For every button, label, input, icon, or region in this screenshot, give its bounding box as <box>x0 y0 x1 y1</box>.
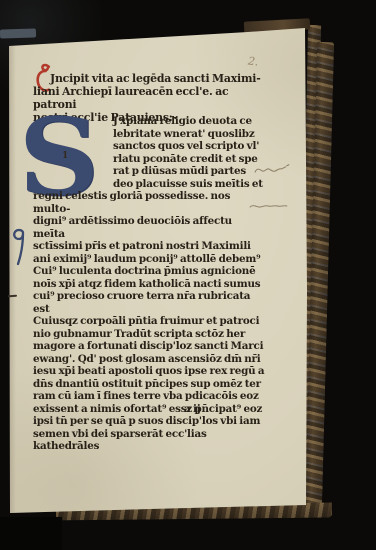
text-line: Cuiusqz corpoāli pn̄tia fruimur et patro… <box>33 315 265 328</box>
text-line: noīs xp̄i atqz fidem katholicā nacti sum… <box>33 278 265 291</box>
text-line: rlatu pconāte credit et spe <box>33 153 265 166</box>
body-text: J xp̄iana religio deuota celebritate wne… <box>33 115 265 453</box>
text-line: Cui⁹ luculenta doctrina p̄mius agnicionē <box>33 265 265 278</box>
text-line: exissent a nimis ofortat⁹ essz pn̄cipat⁹… <box>33 403 265 416</box>
text-line: ram cū iam ī fines terre vba pdicacōis e… <box>33 390 265 403</box>
handwritten-page-number: 2. <box>247 54 259 68</box>
shadow-notch <box>0 517 62 550</box>
text-line: ewang'. Qd' post glosam ascensiōz dm̄ nr… <box>33 353 265 366</box>
text-line: sanctos quos vel scripto vl' <box>33 140 265 153</box>
text-line: lebritate wnerat' quoslibz <box>33 128 265 141</box>
text-line: deo placuisse suis meītis et <box>33 178 265 191</box>
marginal-handwriting-icon <box>253 162 291 178</box>
text-line: ipsi tn̄ per se quā p suos discip'los vb… <box>33 415 265 428</box>
text-line: ani eximij⁹ laudum pconij⁹ attollē debem… <box>33 253 265 266</box>
text-line: semen vbi dei sparserāt ecc'lias kathedr… <box>33 428 265 453</box>
text-line: magore a fortunati discip'loz sancti Mar… <box>33 340 265 353</box>
text-line: digni⁹ ardētissimo deuociōis affectu meī… <box>33 215 265 240</box>
initial-flourish-icon <box>7 228 29 268</box>
text-line: J xp̄iana religio deuota ce <box>33 115 265 128</box>
text-line: rat p diūsas mūdi partes <box>33 165 265 178</box>
marginal-handwriting-icon <box>248 200 290 212</box>
text-line: Jncipit vita ac legēda sancti Maximi- <box>33 72 269 85</box>
text-line: cui⁹ precioso cruore terra nr̄a rubricat… <box>33 290 265 315</box>
text-line: iesu xp̄i beati apostoli quos ipse rex r… <box>33 365 265 378</box>
quire-signature: a ij <box>184 403 200 415</box>
text-line: sctīssimi pr̄is et patroni nostri Maximi… <box>33 240 265 253</box>
text-line: dn̄s dnantiū ostituit pn̄cipes sup omēz … <box>33 378 265 391</box>
text-line: nio gubnamur Tradūt scripta sctōz her <box>33 328 265 341</box>
binding-glimpse <box>0 28 36 38</box>
text-line: regni celestis gloriā possedisse. nos mu… <box>33 190 265 215</box>
